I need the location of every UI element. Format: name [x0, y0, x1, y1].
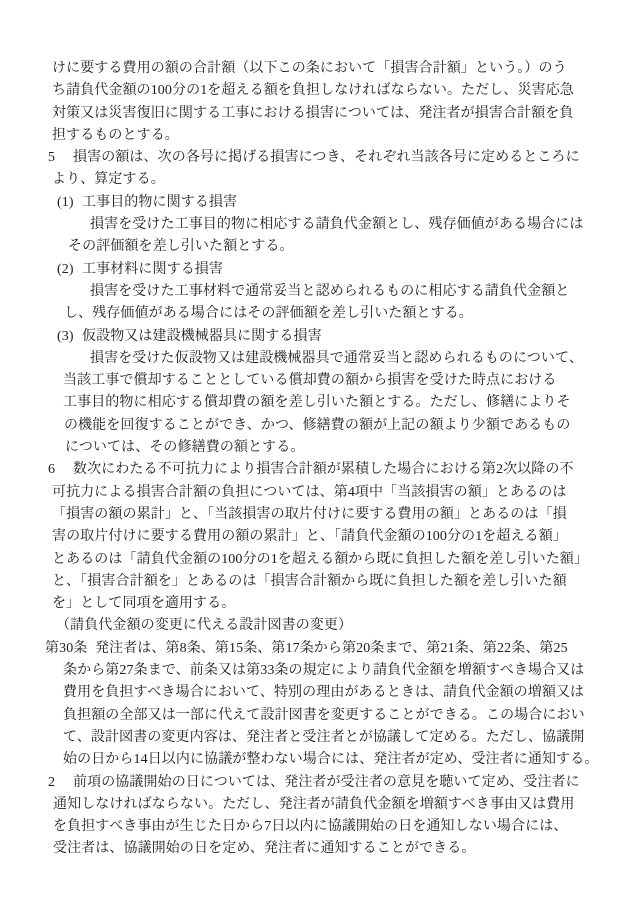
text-line: については、その修繕費の額とする。	[0, 437, 630, 459]
numbered-text-line: 第30条発注者は、第8条、第15条、第17条から第20条まで、第21条、第22条…	[0, 638, 630, 660]
text-line: 当該工事で償却することとしている償却費の額から損害を受けた時点における	[0, 370, 630, 392]
text-line: とあるのは「請負代金額の100分の1を超える額から既に負担した額を差し引いた額」	[0, 549, 630, 571]
line-text: については、その修繕費の額とする。	[65, 440, 304, 455]
line-text: より、算定する。	[52, 172, 165, 187]
text-line: 損害を受けた工事材料で通常妥当と認められるものに相応する請負代金額と	[0, 281, 630, 303]
line-text: し、残存価値がある場合にはその評価額を差し引いた額とする。	[64, 306, 473, 321]
line-text: 当該工事で償却することとしている償却費の額から損害を受けた時点における	[63, 373, 557, 388]
line-text: 負担額の全部又は一部に代えて設計図書を変更することができる。この場合におい	[63, 708, 585, 723]
line-text: 発注者は、第8条、第15条、第17条から第20条まで、第21条、第22条、第25	[95, 641, 568, 656]
document-body: けに要する費用の額の合計額（以下この条において「損害合計額」という。）のうち請負…	[0, 58, 630, 861]
line-text: 条から第27条まで、前条又は第33条の規定により請負代金額を増額すべき場合又は	[63, 663, 584, 678]
text-line: 「損害の額の累計」と、「当該損害の取片付けに要する費用の額」とあるのは「損	[0, 504, 630, 526]
text-line: 損害を受けた仮設物又は建設機械器具で通常妥当と認められるものについて、	[0, 348, 630, 370]
line-text: 工事目的物に相応する償却費の額を差し引いた額とする。ただし、修繕によりそ	[63, 395, 571, 410]
text-line: 対策又は災害復旧に関する工事における損害については、発注者が損害合計額を負	[0, 103, 630, 125]
text-line: て、設計図書の変更内容は、発注者と受注者とが協議して定める。ただし、協議開	[0, 727, 630, 749]
line-text: 前項の協議開始の日については、発注者が受注者の意見を聴いて定め、受注者に	[73, 775, 580, 790]
paragraph-number: 6	[48, 459, 55, 481]
text-line: 通知しなければならない。ただし、発注者が請負代金額を増額すべき事由又は費用	[0, 794, 630, 816]
numbered-text-line: 5損害の額は、次の各号に掲げる損害につき、それぞれ当該各号に定めるところに	[0, 147, 630, 169]
line-text: を」として同項を適用する。	[52, 596, 235, 611]
line-text: 工事材料に関する損害	[82, 262, 223, 277]
paragraph-number: 5	[48, 147, 55, 169]
text-line: 工事目的物に相応する償却費の額を差し引いた額とする。ただし、修繕によりそ	[0, 392, 630, 414]
text-line: を負担すべき事由が生じた日から7日以内に協議開始の日を通知しない場合には、	[0, 816, 630, 838]
text-line: ち請負代金額の100分の1を超える額を負担しなければならない。ただし、災害応急	[0, 80, 630, 102]
text-line: 負担額の全部又は一部に代えて設計図書を変更することができる。この場合におい	[0, 705, 630, 727]
line-text: 工事目的物に関する損害	[82, 195, 237, 210]
line-text: 可抗力による損害合計額の負担については、第4項中「当該損害の額」とあるのは	[52, 485, 566, 500]
line-text: けに要する費用の額の合計額（以下この条において「損害合計額」という。）のう	[52, 61, 567, 76]
line-text: 「損害の額の累計」と、「当該損害の取片付けに要する費用の額」とあるのは「損	[52, 507, 567, 522]
text-line: の機能を回復することができ、かつ、修繕費の額が上記の額より少額であるもの	[0, 415, 630, 437]
numbered-text-line: (1)工事目的物に関する損害	[0, 192, 630, 214]
numbered-text-line: (3)仮設物又は建設機械器具に関する損害	[0, 326, 630, 348]
line-text: 損害を受けた工事目的物に相応する請負代金額とし、残存価値がある場合には	[90, 217, 584, 232]
line-text: 仮設物又は建設機械器具に関する損害	[82, 329, 322, 344]
text-line: 可抗力による損害合計額の負担については、第4項中「当該損害の額」とあるのは	[0, 482, 630, 504]
line-text: て、設計図書の変更内容は、発注者と受注者とが協議して定める。ただし、協議開	[63, 730, 584, 745]
line-text: 数次にわたる不可抗力により損害合計額が累積した場合における第2次以降の不	[73, 462, 574, 477]
line-text: ち請負代金額の100分の1を超える額を負担しなければならない。ただし、災害応急	[52, 83, 574, 98]
text-line: と、「損害合計額を」とあるのは「損害合計額から既に負担した額を差し引いた額	[0, 571, 630, 593]
numbered-text-line: 6数次にわたる不可抗力により損害合計額が累積した場合における第2次以降の不	[0, 459, 630, 481]
text-line: 損害を受けた工事目的物に相応する請負代金額とし、残存価値がある場合には	[0, 214, 630, 236]
line-text: 害の取片付けに要する費用の額の累計」と、「請負代金額の100分の1を超える額」	[52, 529, 567, 544]
line-text: 費用を負担すべき場合において、特別の理由があるときは、請負代金額の増額又は	[63, 685, 584, 700]
line-text: その評価額を差し引いた額とする。	[68, 239, 294, 254]
line-text: （請負代金額の変更に代える設計図書の変更）	[56, 618, 352, 633]
text-line: 受注者は、協議開始の日を定め、発注者に通知することができる。	[0, 838, 630, 860]
line-text: 受注者は、協議開始の日を定め、発注者に通知することができる。	[53, 841, 475, 856]
line-text: 担するものとする。	[52, 128, 179, 143]
text-line: その評価額を差し引いた額とする。	[0, 236, 630, 258]
line-text: と、「損害合計額を」とあるのは「損害合計額から既に負担した額を差し引いた額	[52, 574, 567, 589]
numbered-text-line: 2前項の協議開始の日については、発注者が受注者の意見を聴いて定め、受注者に	[0, 772, 630, 794]
paragraph-number: (2)	[57, 259, 74, 281]
paragraph-number: (1)	[57, 192, 74, 214]
paragraph-number: 第30条	[45, 638, 87, 660]
text-line: （請負代金額の変更に代える設計図書の変更）	[0, 615, 630, 637]
text-line: 条から第27条まで、前条又は第33条の規定により請負代金額を増額すべき場合又は	[0, 660, 630, 682]
text-line: 費用を負担すべき場合において、特別の理由があるときは、請負代金額の増額又は	[0, 682, 630, 704]
text-line: し、残存価値がある場合にはその評価額を差し引いた額とする。	[0, 303, 630, 325]
line-text: 始の日から14日以内に協議が整わない場合には、発注者が定め、受注者に通知する。	[63, 752, 598, 767]
line-text: 損害の額は、次の各号に掲げる損害につき、それぞれ当該各号に定めるところに	[73, 150, 580, 165]
line-text: 損害を受けた工事材料で通常妥当と認められるものに相応する請負代金額と	[90, 284, 569, 299]
text-line: より、算定する。	[0, 169, 630, 191]
text-line: けに要する費用の額の合計額（以下この条において「損害合計額」という。）のう	[0, 58, 630, 80]
text-line: を」として同項を適用する。	[0, 593, 630, 615]
paragraph-number: (3)	[57, 326, 74, 348]
line-text: の機能を回復することができ、かつ、修繕費の額が上記の額より少額であるもの	[64, 418, 570, 433]
line-text: 通知しなければならない。ただし、発注者が請負代金額を増額すべき事由又は費用	[53, 797, 574, 812]
line-text: 対策又は災害復旧に関する工事における損害については、発注者が損害合計額を負	[52, 106, 573, 121]
line-text: 損害を受けた仮設物又は建設機械器具で通常妥当と認められるものについて、	[90, 351, 583, 366]
text-line: 担するものとする。	[0, 125, 630, 147]
numbered-text-line: (2)工事材料に関する損害	[0, 259, 630, 281]
paragraph-number: 2	[48, 772, 55, 794]
document-page: けに要する費用の額の合計額（以下この条において「損害合計額」という。）のうち請負…	[0, 0, 630, 903]
line-text: を負担すべき事由が生じた日から7日以内に協議開始の日を通知しない場合には、	[53, 819, 567, 834]
text-line: 始の日から14日以内に協議が整わない場合には、発注者が定め、受注者に通知する。	[0, 749, 630, 771]
text-line: 害の取片付けに要する費用の額の累計」と、「請負代金額の100分の1を超える額」	[0, 526, 630, 548]
line-text: とあるのは「請負代金額の100分の1を超える額から既に負担した額を差し引いた額」	[52, 552, 588, 567]
